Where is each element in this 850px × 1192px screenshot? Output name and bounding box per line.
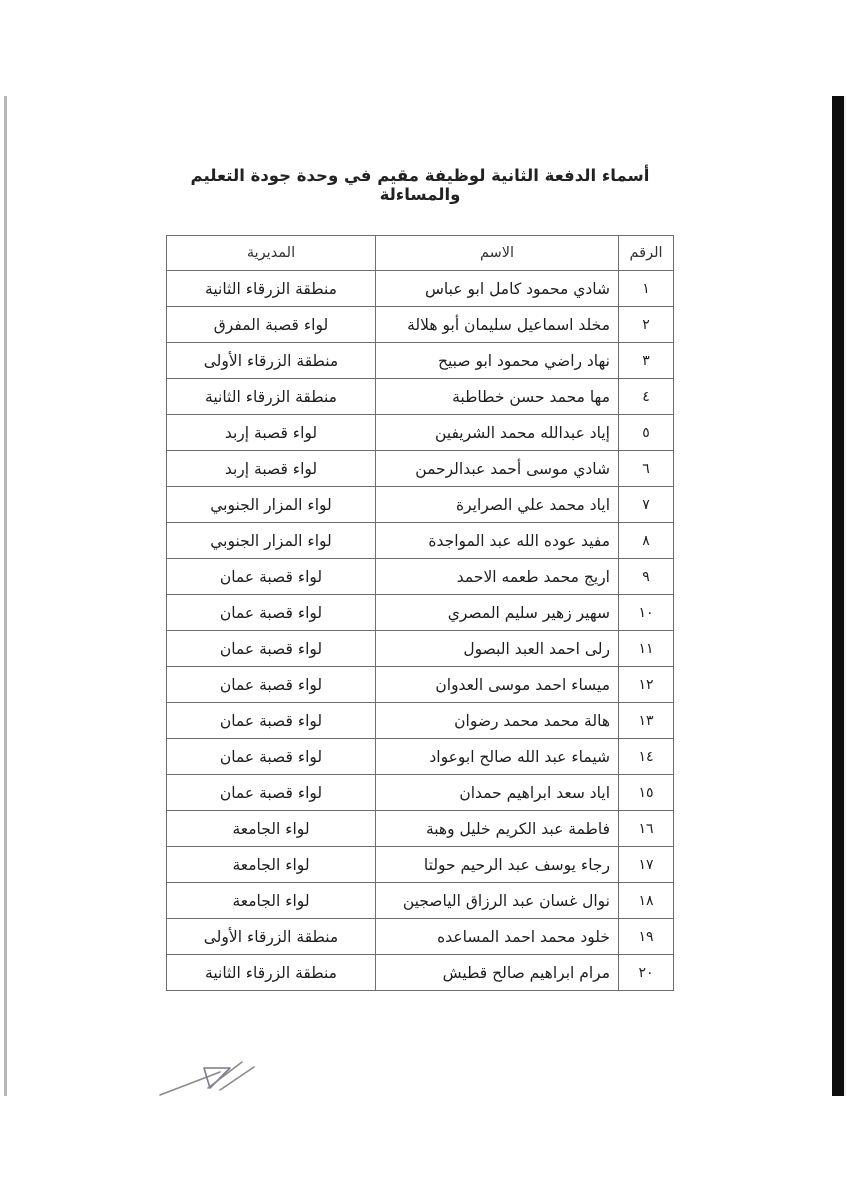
table-row: ١٨نوال غسان عبد الرزاق الياصجينلواء الجا… [167,883,674,919]
row-number: ٦ [619,451,674,487]
row-directorate: لواء الجامعة [167,883,376,919]
row-directorate: لواء المزار الجنوبي [167,523,376,559]
row-name: شيماء عبد الله صالح ابوعواد [376,739,619,775]
row-number: ٧ [619,487,674,523]
candidates-table: الرقم الاسم المديرية ١شادي محمود كامل اب… [166,235,674,991]
table-row: ١٦فاطمة عبد الكريم خليل وهبةلواء الجامعة [167,811,674,847]
scan-page-edge-right [832,96,846,1096]
row-number: ١٧ [619,847,674,883]
row-name: هالة محمد محمد رضوان [376,703,619,739]
row-number: ٣ [619,343,674,379]
row-name: مفيد عوده الله عبد المواجدة [376,523,619,559]
row-directorate: لواء قصبة إربد [167,451,376,487]
row-directorate: لواء قصبة عمان [167,739,376,775]
table-row: ٩اريج محمد طعمه الاحمدلواء قصبة عمان [167,559,674,595]
row-name: اياد محمد علي الصرايرة [376,487,619,523]
row-name: نهاد راضي محمود ابو صبيح [376,343,619,379]
header-directorate: المديرية [167,236,376,271]
table-row: ١٥اياد سعد ابراهيم حمدانلواء قصبة عمان [167,775,674,811]
row-number: ١٥ [619,775,674,811]
row-directorate: لواء الجامعة [167,847,376,883]
row-name: شادي محمود كامل ابو عباس [376,271,619,307]
row-directorate: منطقة الزرقاء الثانية [167,955,376,991]
row-name: سهير زهير سليم المصري [376,595,619,631]
row-name: اياد سعد ابراهيم حمدان [376,775,619,811]
table-row: ١١رلى احمد العبد البصوللواء قصبة عمان [167,631,674,667]
row-name: إياد عبدالله محمد الشريفين [376,415,619,451]
row-number: ١١ [619,631,674,667]
table-row: ١٤شيماء عبد الله صالح ابوعوادلواء قصبة ع… [167,739,674,775]
row-number: ١٣ [619,703,674,739]
row-name: اريج محمد طعمه الاحمد [376,559,619,595]
row-number: ١٤ [619,739,674,775]
row-directorate: لواء قصبة عمان [167,775,376,811]
table-row: ١٧رجاء يوسف عبد الرحيم حولتالواء الجامعة [167,847,674,883]
table-row: ٣نهاد راضي محمود ابو صبيحمنطقة الزرقاء ا… [167,343,674,379]
table-row: ١شادي محمود كامل ابو عباسمنطقة الزرقاء ا… [167,271,674,307]
row-directorate: منطقة الزرقاء الأولى [167,343,376,379]
header-number: الرقم [619,236,674,271]
table-row: ٥إياد عبدالله محمد الشريفينلواء قصبة إرب… [167,415,674,451]
table-row: ١٠سهير زهير سليم المصريلواء قصبة عمان [167,595,674,631]
row-number: ٢ [619,307,674,343]
row-number: ٩ [619,559,674,595]
row-number: ١٢ [619,667,674,703]
header-name: الاسم [376,236,619,271]
document-title: أسماء الدفعة الثانية لوظيفة مقيم في وحدة… [180,166,660,204]
row-name: رجاء يوسف عبد الرحيم حولتا [376,847,619,883]
row-name: شادي موسى أحمد عبدالرحمن [376,451,619,487]
row-directorate: لواء الجامعة [167,811,376,847]
row-directorate: منطقة الزرقاء الثانية [167,271,376,307]
row-directorate: لواء المزار الجنوبي [167,487,376,523]
row-name: مرام ابراهيم صالح قطيش [376,955,619,991]
row-number: ٥ [619,415,674,451]
row-name: مخلد اسماعيل سليمان أبو هلالة [376,307,619,343]
table-row: ٢مخلد اسماعيل سليمان أبو هلالةلواء قصبة … [167,307,674,343]
table-header-row: الرقم الاسم المديرية [167,236,674,271]
row-number: ١٨ [619,883,674,919]
signature-icon [150,1040,280,1100]
table-body: ١شادي محمود كامل ابو عباسمنطقة الزرقاء ا… [167,271,674,991]
row-name: ميساء احمد موسى العدوان [376,667,619,703]
table-row: ١٢ميساء احمد موسى العدوانلواء قصبة عمان [167,667,674,703]
row-directorate: لواء قصبة إربد [167,415,376,451]
row-name: مها محمد حسن خطاطبة [376,379,619,415]
row-directorate: منطقة الزرقاء الثانية [167,379,376,415]
table-row: ٦شادي موسى أحمد عبدالرحمنلواء قصبة إربد [167,451,674,487]
row-directorate: لواء قصبة عمان [167,559,376,595]
row-number: ١٠ [619,595,674,631]
row-name: خلود محمد احمد المساعده [376,919,619,955]
row-directorate: لواء قصبة المفرق [167,307,376,343]
row-number: ١٩ [619,919,674,955]
scan-page-edge-left [4,96,7,1096]
row-number: ١ [619,271,674,307]
row-directorate: منطقة الزرقاء الأولى [167,919,376,955]
row-directorate: لواء قصبة عمان [167,667,376,703]
row-name: رلى احمد العبد البصول [376,631,619,667]
row-number: ٢٠ [619,955,674,991]
table-row: ١٣هالة محمد محمد رضوانلواء قصبة عمان [167,703,674,739]
row-directorate: لواء قصبة عمان [167,631,376,667]
row-name: فاطمة عبد الكريم خليل وهبة [376,811,619,847]
row-number: ٤ [619,379,674,415]
table-row: ٧اياد محمد علي الصرايرةلواء المزار الجنو… [167,487,674,523]
row-name: نوال غسان عبد الرزاق الياصجين [376,883,619,919]
row-directorate: لواء قصبة عمان [167,703,376,739]
table-row: ٨مفيد عوده الله عبد المواجدةلواء المزار … [167,523,674,559]
row-directorate: لواء قصبة عمان [167,595,376,631]
row-number: ٨ [619,523,674,559]
table-row: ٢٠مرام ابراهيم صالح قطيشمنطقة الزرقاء ال… [167,955,674,991]
table-row: ١٩خلود محمد احمد المساعدهمنطقة الزرقاء ا… [167,919,674,955]
row-number: ١٦ [619,811,674,847]
table-row: ٤مها محمد حسن خطاطبةمنطقة الزرقاء الثاني… [167,379,674,415]
